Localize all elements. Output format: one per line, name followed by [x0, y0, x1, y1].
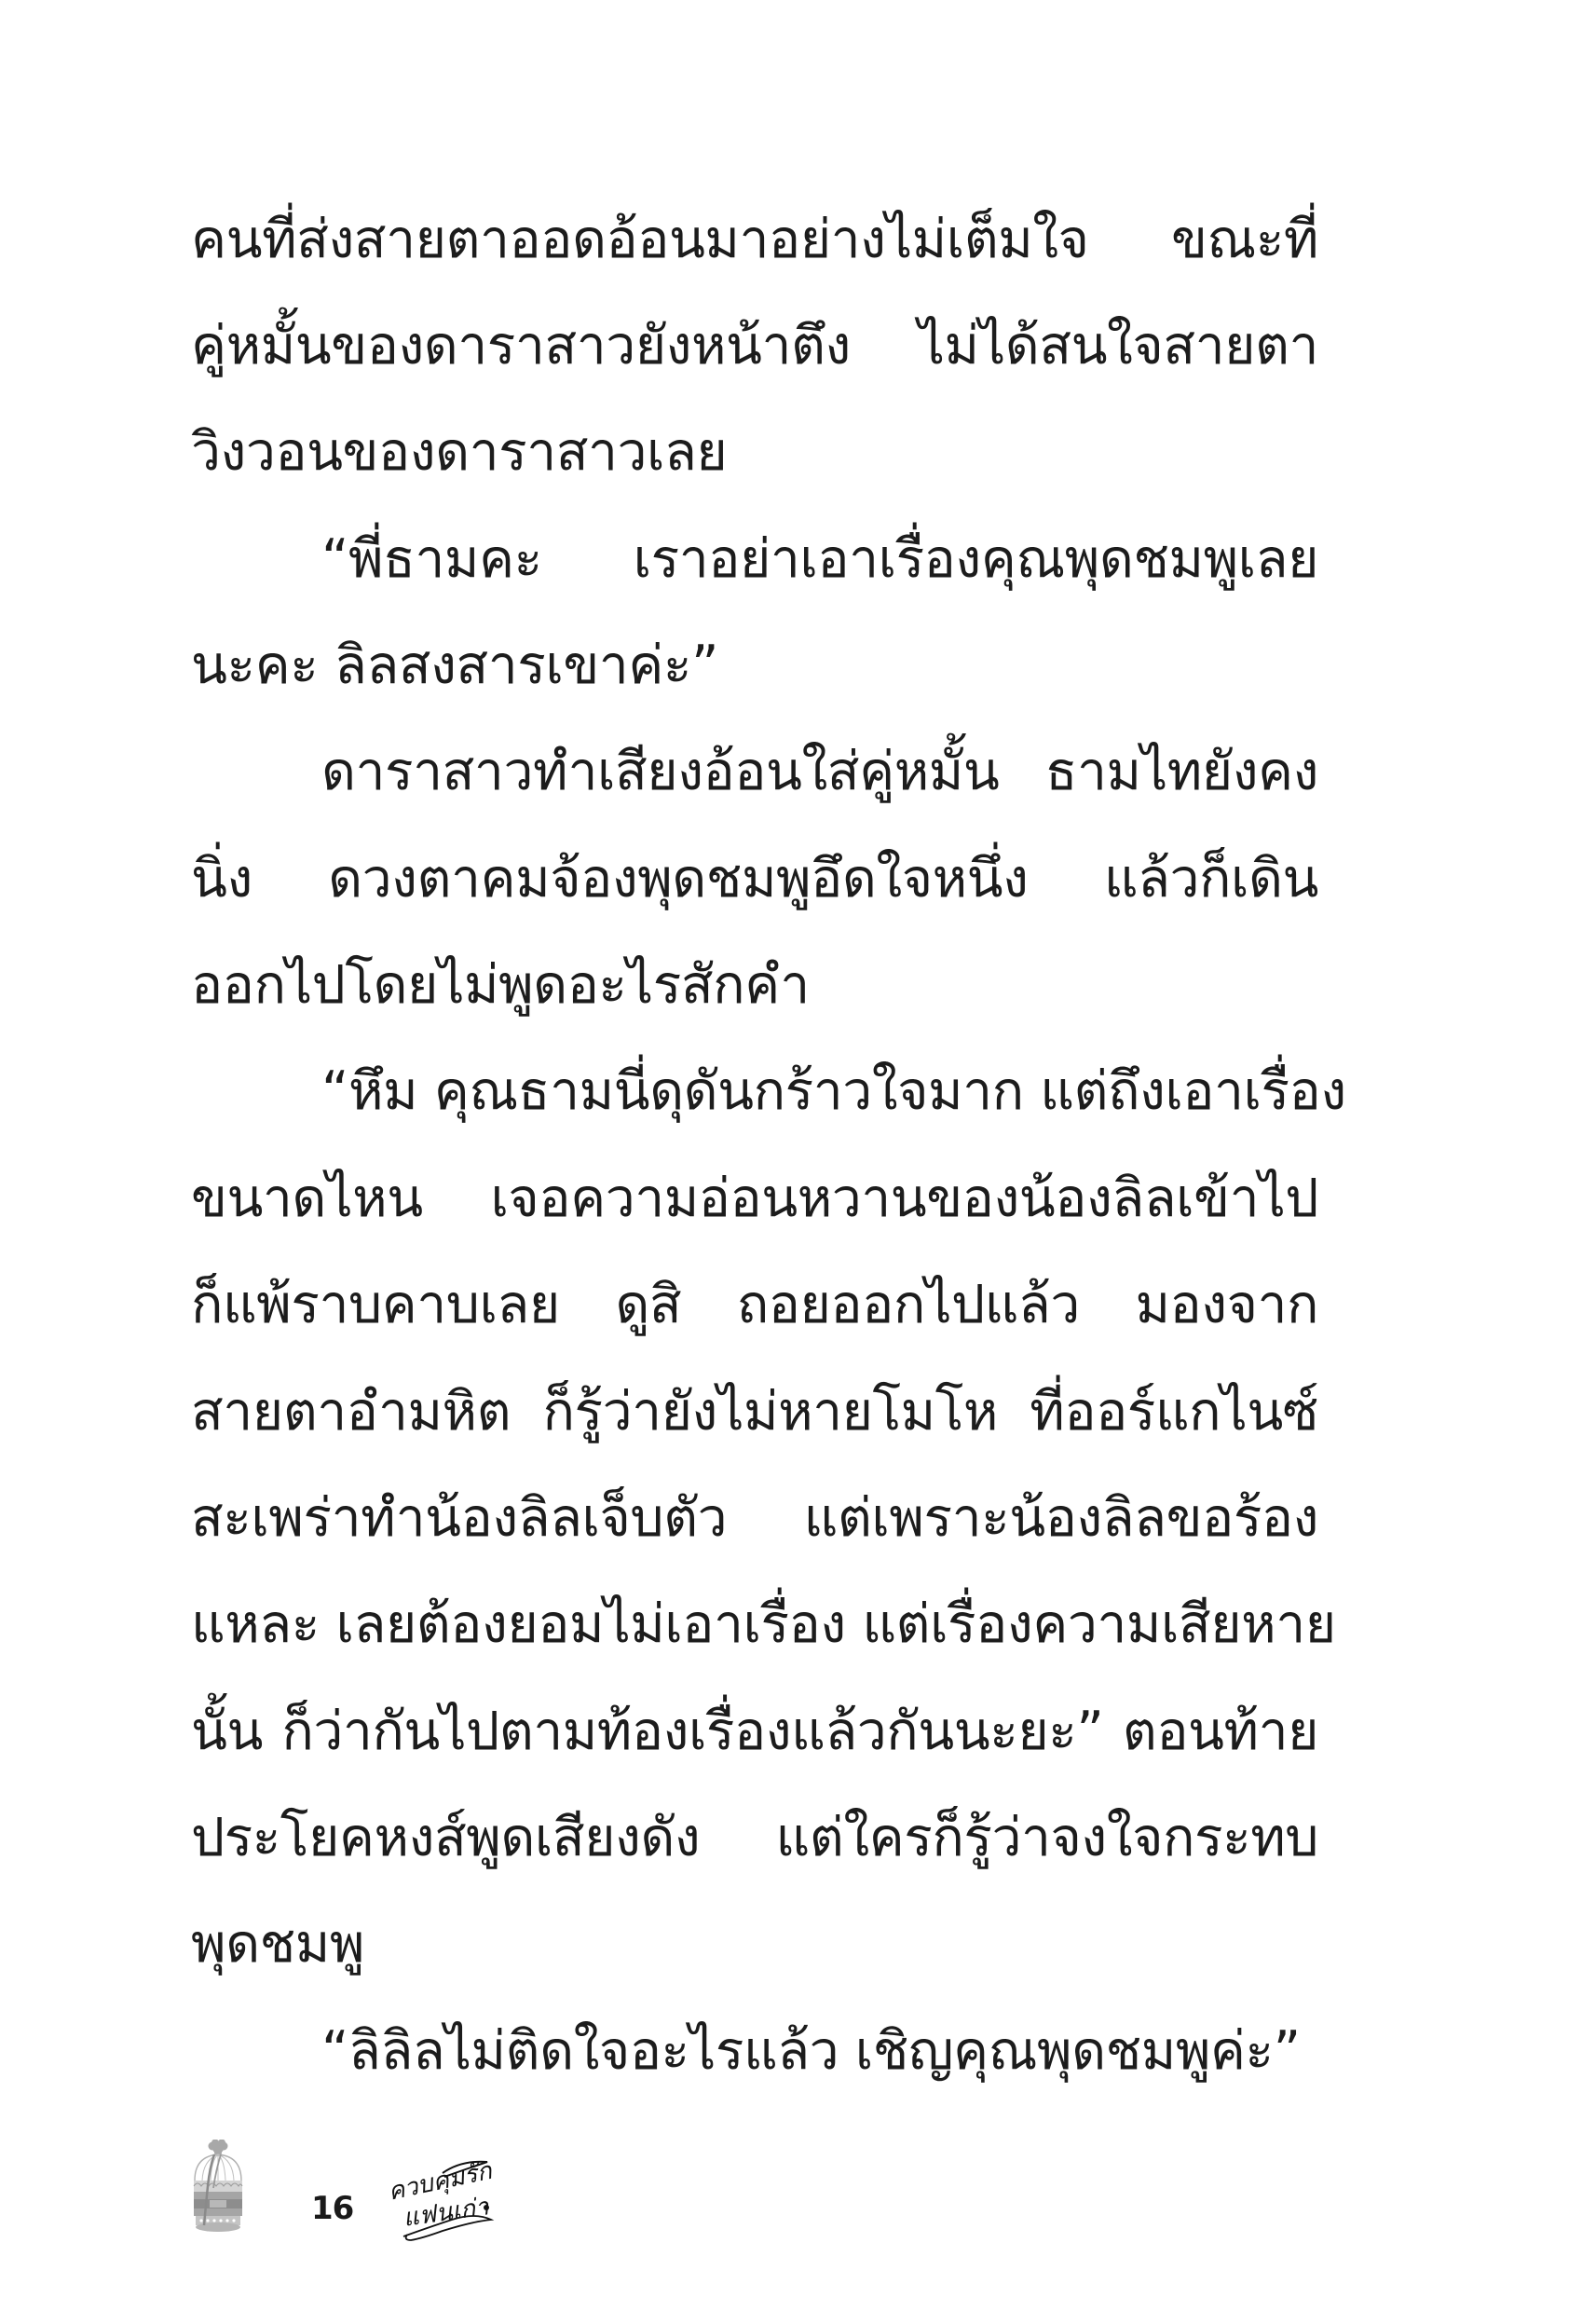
- text-line: ออกไปโดยไม่พูดอะไรสักคำ: [191, 932, 810, 1038]
- text-line: คนที่ส่งสายตาออดอ้อนมาอย่างไม่เต็มใจ ขณะ…: [191, 186, 1318, 293]
- logo-line-1: ควบคุมรัก: [385, 2152, 496, 2211]
- text-line: “พี่ธามคะ เราอย่าเอาเรื่องคุณพุดชมพูเลย: [321, 506, 1318, 612]
- text-line: ขนาดไหน เจอความอ่อนหวานของน้องลิลเข้าไป: [191, 1145, 1318, 1251]
- text-line: พุดชมพู: [191, 1891, 364, 1997]
- logo-line-2: แฟนเก่า: [401, 2187, 491, 2236]
- text-line: แหละ เลยต้องยอมไม่เอาเรื่อง แต่เรื่องควา…: [191, 1571, 1318, 1677]
- text-line: “หึม คุณธามนี่ดุดันกร้าวใจมาก แต่ถึงเอาเ…: [321, 1038, 1318, 1144]
- logo-swash-icon: [387, 2154, 500, 2248]
- page-number: 16: [311, 2190, 353, 2227]
- book-title-logo: ควบคุมรัก แฟนเก่า: [387, 2154, 500, 2248]
- book-page: คนที่ส่งสายตาออดอ้อนมาอย่างไม่เต็มใจ ขณะ…: [0, 0, 1596, 2311]
- text-line: คู่หมั้นของดาราสาวยังหน้าตึง ไม่ได้สนใจส…: [191, 293, 1318, 399]
- text-line: ประโยคหงส์พูดเสียงดัง แต่ใครก็รู้ว่าจงใจ…: [191, 1785, 1318, 1891]
- text-line: “ลิลิลไม่ติดใจอะไรแล้ว เชิญคุณพุดชมพูค่ะ…: [321, 1998, 1301, 2104]
- text-line: วิงวอนของดาราสาวเลย: [191, 399, 727, 505]
- birdcage-icon: [189, 2140, 247, 2238]
- text-line: สายตาอำมหิต ก็รู้ว่ายังไม่หายโมโห ที่ออร…: [191, 1359, 1318, 1465]
- text-line: นิ่ง ดวงตาคมจ้องพุดชมพูอึดใจหนึ่ง แล้วก็…: [191, 826, 1318, 932]
- text-line: นะคะ ลิลสงสารเขาค่ะ”: [191, 612, 718, 718]
- text-line: ดาราสาวทำเสียงอ้อนใส่คู่หมั้น ธามไทยังคง: [321, 718, 1318, 825]
- text-line: สะเพร่าทำน้องลิลเจ็บตัว แต่เพราะน้องลิลข…: [191, 1465, 1318, 1571]
- text-line: ก็แพ้ราบคาบเลย ดูสิ ถอยออกไปแล้ว มองจาก: [191, 1251, 1318, 1358]
- text-line: นั้น ก็ว่ากันไปตามท้องเรื่องแล้วกันนะยะ”…: [191, 1678, 1318, 1785]
